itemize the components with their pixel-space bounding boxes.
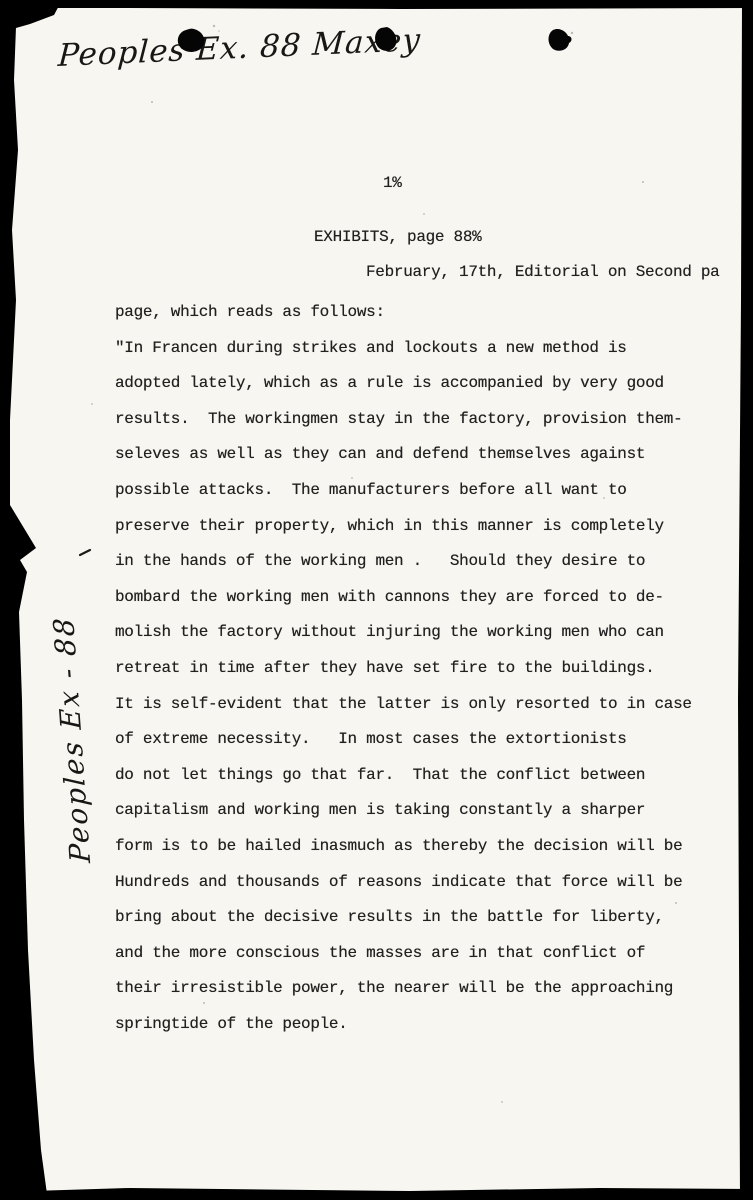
typed-line: of extreme necessity. In most cases the … bbox=[115, 730, 735, 766]
typed-line: form is to be hailed inasmuch as thereby… bbox=[115, 837, 735, 873]
typed-line: results. The workingmen stay in the fact… bbox=[115, 410, 735, 446]
typed-line: "In Francen during strikes and lockouts … bbox=[115, 339, 735, 375]
typed-body-text: page, which reads as follows: "In France… bbox=[115, 303, 735, 1050]
typed-line: preserve their property, which in this m… bbox=[115, 517, 735, 553]
handwritten-exhibit-stamp-side: Peoples Ex - 88 bbox=[45, 589, 99, 889]
exhibit-heading: EXHIBITS, page 88% bbox=[314, 228, 481, 246]
typed-line: do not let things go that far. That the … bbox=[115, 766, 735, 802]
page-number: 1% bbox=[383, 174, 402, 192]
typed-line: adopted lately, which as a rule is accom… bbox=[115, 374, 735, 410]
typed-line: in the hands of the working men . Should… bbox=[115, 552, 735, 588]
handwritten-exhibit-stamp-top: Peoples Ex. 88 Maxey bbox=[57, 22, 422, 74]
frame-top-left-corner bbox=[0, 0, 62, 30]
typed-line: and the more conscious the masses are in… bbox=[115, 944, 735, 980]
typed-line: page, which reads as follows: bbox=[115, 303, 735, 339]
typed-line: possible attacks. The manufacturers befo… bbox=[115, 481, 735, 517]
typed-line: springtide of the people. bbox=[115, 1015, 735, 1051]
frame-top-edge bbox=[0, 0, 753, 9]
typed-line: capitalism and working men is taking con… bbox=[115, 801, 735, 837]
typed-line: seleves as well as they can and defend t… bbox=[115, 445, 735, 481]
frame-left-edge bbox=[0, 0, 47, 1194]
ink-blot-right bbox=[549, 29, 572, 51]
typed-line: retreat in time after they have set fire… bbox=[115, 659, 735, 695]
typed-line: their irresistible power, the nearer wil… bbox=[115, 979, 735, 1015]
scanned-document-page: Peoples Ex. 88 Maxey Peoples Ex - 88 1% … bbox=[0, 0, 753, 1200]
frame-right-edge bbox=[738, 0, 753, 1200]
typed-line: It is self-evident that the latter is on… bbox=[115, 695, 735, 731]
dateline: February, 17th, Editorial on Second pa bbox=[366, 263, 719, 281]
frame-bottom-edge bbox=[0, 1188, 753, 1200]
typed-line: bombard the working men with cannons the… bbox=[115, 588, 735, 624]
typed-line: bring about the decisive results in the … bbox=[115, 908, 735, 944]
typed-line: Hundreds and thousands of reasons indica… bbox=[115, 873, 735, 909]
pen-dash-mark bbox=[80, 550, 90, 555]
typed-line: molish the factory without injuring the … bbox=[115, 623, 735, 659]
